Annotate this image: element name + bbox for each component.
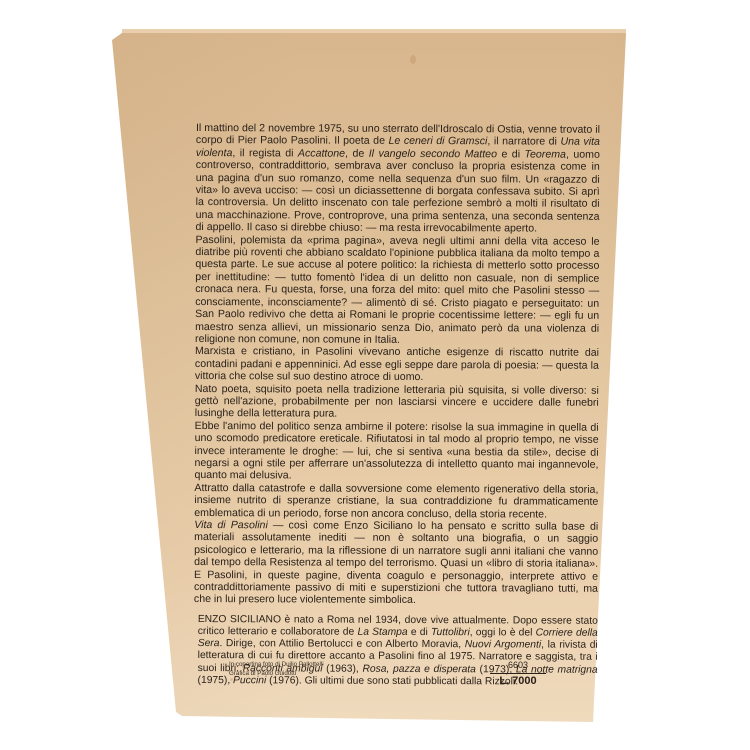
credits: In copertina foto di Duilio Pallottelli … — [229, 660, 324, 678]
blurb-paragraph: Il mattino del 2 novembre 1975, su uno s… — [196, 122, 600, 235]
blurb-paragraph: Vita di Pasolini — così come Enzo Sicili… — [194, 519, 598, 608]
graphics-credit: Grafica di Paolo Guidotti — [229, 669, 324, 678]
blurb-paragraph: Marxista e cristiano, in Pasolini viveva… — [195, 345, 599, 384]
blurb-paragraph: Ebbe l'animo del politico senza ambirne … — [194, 420, 598, 484]
price: L. 7000 — [490, 674, 546, 688]
catalog-code: 6603 — [490, 660, 546, 674]
price-box: 6603 L. 7000 — [490, 660, 546, 688]
blurb-paragraph: Pasolini, polemista da «prima pagina», a… — [195, 234, 599, 347]
book-top-edge — [122, 29, 626, 33]
blurb-text: Il mattino del 2 novembre 1975, su uno s… — [194, 122, 600, 689]
cover-photo-credit: In copertina foto di Duilio Pallottelli — [229, 660, 324, 669]
blurb-paragraph: Nato poeta, squisito poeta nella tradizi… — [195, 383, 599, 422]
blurb-paragraph: Attratto dalla catastrofe e dalla sovver… — [194, 482, 598, 521]
paper-stain — [410, 55, 416, 64]
